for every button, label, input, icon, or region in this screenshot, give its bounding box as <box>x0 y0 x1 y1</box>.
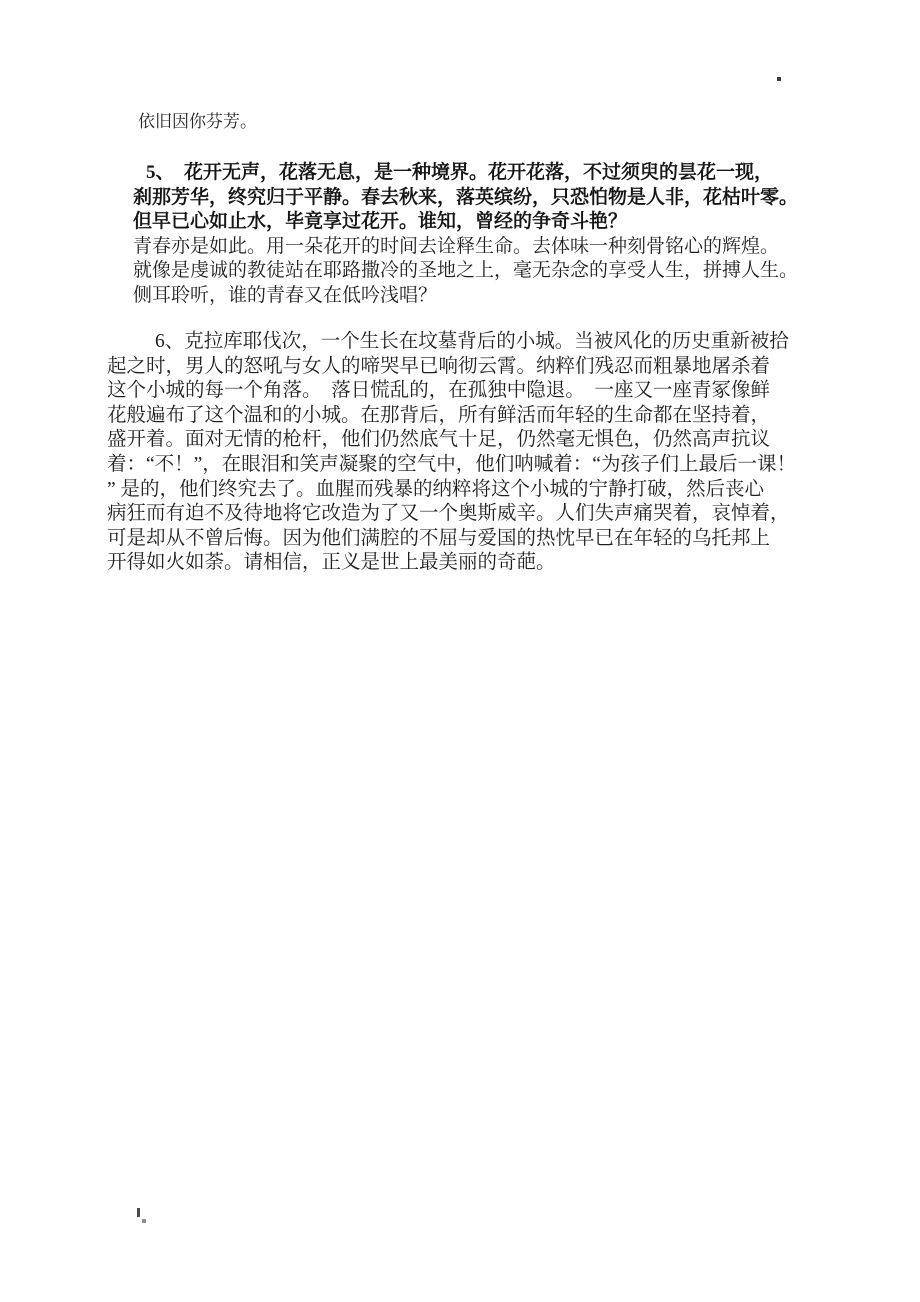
paragraph-6-line-2: 起之时，男人的怒吼与女人的啼哭早已响彻云霄。纳粹们残忍而粗暴地屠杀着 <box>107 355 796 380</box>
speck-artifact-bottom-left-2 <box>142 1219 146 1223</box>
paragraph-5-line-2: 刹那芳华，终究归于平静。春去秋来，落英缤纷，只恐怕物是人非，花枯叶零。 <box>133 186 798 211</box>
paragraph-6-line-7: ” 是的，他们终究去了。血腥而残暴的纳粹将这个小城的宁静打破，然后丧心 <box>107 478 796 503</box>
paragraph-6-line-3: 这个小城的每一个角落。 落日慌乱的，在孤独中隐退。 一座又一座青冢像鲜 <box>107 379 796 404</box>
paragraph-6-line-1: 6、克拉库耶伐次，一个生长在坟墓背后的小城。当被风化的历史重新被拾 <box>107 330 796 355</box>
document-page: 依旧因你芬芳。 5、 花开无声，花落无息，是一种境界。花开花落，不过须臾的昙花一… <box>0 0 920 1302</box>
speck-artifact-bottom-left-1 <box>137 1208 140 1217</box>
paragraph-5-line-6: 侧耳聆听，谁的青春又在低吟浅唱？ <box>133 284 798 309</box>
intro-line: 依旧因你芬芳。 <box>138 110 257 134</box>
paragraph-6-line-8: 病狂而有迫不及待地将它改造为了又一个奥斯威辛。人们失声痛哭着，哀悼着， <box>107 502 796 527</box>
paragraph-6-line-5: 盛开着。面对无情的枪杆，他们仍然底气十足，仍然毫无惧色，仍然高声抗议 <box>107 428 796 453</box>
paragraph-5-line-1: 5、 花开无声，花落无息，是一种境界。花开花落，不过须臾的昙花一现， <box>133 161 798 186</box>
paragraph-5: 5、 花开无声，花落无息，是一种境界。花开花落，不过须臾的昙花一现， 刹那芳华，… <box>133 161 798 309</box>
paragraph-5-line-5: 就像是虔诚的教徒站在耶路撒冷的圣地之上，毫无杂念的享受人生，拼搏人生。 <box>133 259 798 284</box>
paragraph-6-line-6: 着：“不！”，在眼泪和笑声凝聚的空气中，他们呐喊着：“为孩子们上最后一课！ <box>107 453 796 478</box>
paragraph-6-line-9: 可是却从不曾后悔。因为他们满腔的不屈与爱国的热忱早已在年轻的乌托邦上 <box>107 527 796 552</box>
paragraph-6: 6、克拉库耶伐次，一个生长在坟墓背后的小城。当被风化的历史重新被拾 起之时，男人… <box>107 330 796 576</box>
paragraph-5-line-3: 但早已心如止水，毕竟享过花开。谁知，曾经的争奇斗艳？ <box>133 210 798 235</box>
paragraph-6-line-10: 开得如火如荼。请相信，正义是世上最美丽的奇葩。 <box>107 551 796 576</box>
speck-artifact-top-right <box>777 77 781 81</box>
paragraph-5-line-4: 青春亦是如此。用一朵花开的时间去诠释生命。去体味一种刻骨铭心的辉煌。 <box>133 235 798 260</box>
paragraph-6-line-4: 花般遍布了这个温和的小城。在那背后，所有鲜活而年轻的生命都在坚持着， <box>107 404 796 429</box>
